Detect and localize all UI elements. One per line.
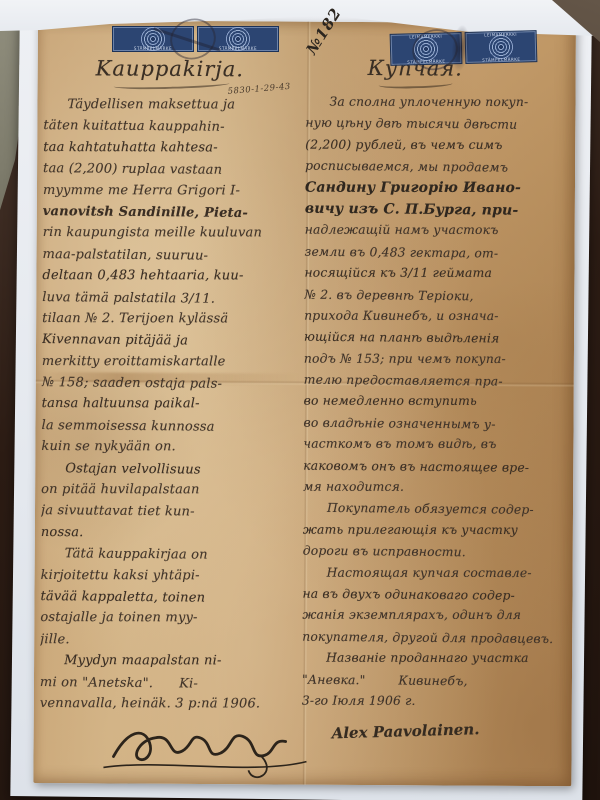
buyer-signature: Alex Paavolainen.: [331, 720, 479, 742]
handwritten-line: maa-palstatilan, suuruu-: [42, 244, 300, 268]
handwritten-line: "Аневка." Кивинебъ,: [302, 669, 568, 693]
handwritten-line: ющійся на планѣ выдѣленія: [304, 327, 570, 351]
handwritten-line: часткомъ въ томъ видѣ, въ: [303, 434, 569, 456]
handwritten-line: Названіе проданнаго участка: [302, 648, 568, 670]
handwritten-line: vennavalla, heinäk. 3 p:nä 1906.: [40, 693, 298, 715]
handwritten-line: merkitty eroittamiskartalle: [42, 351, 300, 373]
finnish-title: Kauppakirja.: [96, 56, 245, 89]
handwritten-line: myymme me Herra Grigori I-: [43, 180, 301, 202]
handwritten-line: nossa.: [41, 522, 299, 544]
handwritten-line: (2,200) рублей, въ чемъ симъ: [305, 134, 571, 156]
handwritten-line: За сполна уплоченную покуп-: [305, 92, 571, 114]
handwritten-line: taa kahtatuhatta kahtesa-: [43, 137, 301, 159]
handwritten-line: носящійся къ 3/11 геймата: [304, 263, 570, 285]
handwritten-line: жать прилегающія къ участку: [303, 519, 569, 541]
revenue-stamp: LEIMAMERKKI STÄMPELMÄRKE: [465, 30, 538, 64]
handwritten-line: жанія экземплярахъ, одинъ для: [302, 605, 568, 627]
handwritten-line: jille.: [40, 629, 298, 653]
handwritten-line: on pitää huvilapalstaan: [41, 479, 299, 501]
handwritten-line: taa (2,200) ruplaa vastaan: [43, 158, 301, 182]
handwritten-line: мя находится.: [303, 477, 569, 499]
handwritten-line: mi on "Anetska". Ki-: [40, 672, 298, 696]
handwritten-line: kirjoitettu kaksi yhtäpi-: [41, 565, 299, 587]
handwritten-line: во немедленно вступить: [304, 391, 570, 413]
handwritten-line: 3-го Іюля 1906 г.: [302, 691, 568, 713]
handwritten-line: надлежащій намъ участокъ: [305, 220, 571, 242]
handwritten-line: Myydyn maapalstan ni-: [40, 650, 298, 672]
seller-signature-flourish: [101, 714, 311, 779]
handwritten-line: tilaan № 2. Terijoen kylässä: [42, 308, 300, 330]
handwritten-line: rin kaupungista meille kuuluvan: [43, 222, 301, 244]
handwritten-line: Ostajan velvollisuus: [41, 458, 299, 482]
handwritten-line: росписываемся, мы продаемъ: [305, 156, 571, 180]
handwritten-line: прихода Кивинебъ, и означа-: [304, 306, 570, 328]
handwritten-line: deltaan 0,483 hehtaaria, kuu-: [42, 265, 300, 287]
handwritten-line: täten kuitattua kauppahin-: [43, 115, 301, 139]
revenue-stamps-left: STÄMPELMÄRKE STÄMPELMÄRKE: [112, 26, 279, 52]
handwritten-line: Täydellisen maksettua ja: [43, 94, 301, 116]
handwritten-line: Настоящая купчая составле-: [303, 562, 569, 584]
handwritten-line: Tätä kauppakirjaa on: [41, 543, 299, 567]
handwritten-line: дороги въ исправности.: [303, 541, 569, 565]
stamp-caption: LEIMAMERKKI: [466, 31, 536, 38]
handwritten-line: каковомъ онъ въ настоящее вре-: [303, 455, 569, 479]
handwritten-line: ja sivuuttavat tiet kun-: [41, 500, 299, 524]
handwritten-line: luva tämä palstatila 3/11.: [42, 287, 300, 311]
handwritten-line: Покупатель обязуется содер-: [303, 498, 569, 522]
stamp-caption: STÄMPELMÄRKE: [466, 56, 536, 63]
handwritten-line: № 2. въ деревнѣ Теріоки,: [304, 284, 570, 308]
finnish-column: Täydellisen maksettua ja täten kuitattua…: [40, 94, 302, 720]
handwritten-line: tansa haltuunsa paikal-: [42, 393, 300, 415]
handwritten-line: Сандину Григорію Ивано-: [305, 177, 571, 199]
russian-column: За сполна уплоченную покуп- ную цѣну двѣ…: [302, 92, 572, 720]
handwritten-line: kuin se nykyään on.: [41, 436, 299, 458]
revenue-stamps-right: LEIMAMERKKI STÄMPELMÄRKE LEIMAMERKKI STÄ…: [390, 30, 538, 66]
deed-document: Kauppakirja. 5830-1-29-43 Купчая. Täydel…: [33, 20, 576, 786]
handwritten-line: ную цѣну двѣ тысячи двѣсти: [305, 113, 571, 137]
handwritten-line: ostajalle ja toinen myy-: [40, 607, 298, 629]
photo-scene: Kauppakirja. 5830-1-29-43 Купчая. Täydel…: [0, 0, 600, 800]
handwritten-line: подъ № 153; при чемъ покупа-: [304, 348, 570, 370]
handwritten-line: Kivennavan pitäjää ja: [42, 329, 300, 353]
